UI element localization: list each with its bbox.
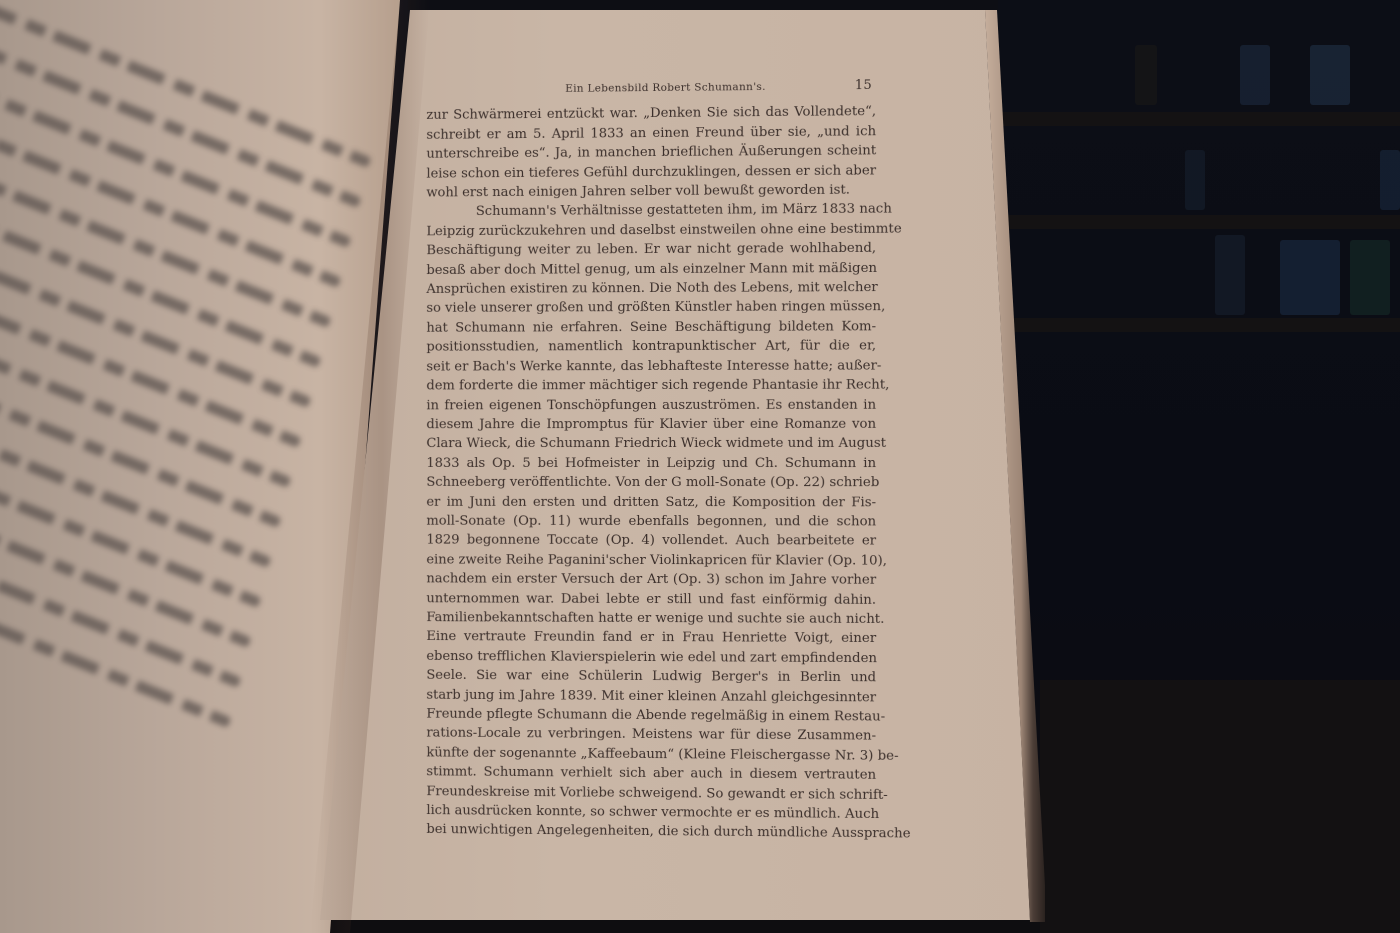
book-spine xyxy=(1280,240,1340,315)
running-head-title: Ein Lebensbild Robert Schumann's. xyxy=(565,78,766,99)
table-surface xyxy=(1040,680,1400,933)
book-cover-top xyxy=(408,0,998,10)
text-line: er im Juni den ersten und dritten Satz, … xyxy=(426,492,876,512)
text-line: hat Schumann nie erfahren. Seine Beschäf… xyxy=(426,317,876,338)
text-line: eine zweite Reihe Paganini'scher Violink… xyxy=(426,550,876,571)
running-head: Ein Lebensbild Robert Schumann's. 15 xyxy=(426,76,876,101)
book-spine xyxy=(1135,45,1157,105)
book-spine xyxy=(1350,240,1390,315)
text-line: Beschäftigung weiter zu leben. Er war ni… xyxy=(426,239,876,261)
text-line: dem forderte die immer mächtiger sich re… xyxy=(426,376,876,396)
shelf xyxy=(1000,318,1400,332)
paragraph-1: zur Schwärmerei entzückt war. „Denken Si… xyxy=(426,102,876,202)
text-line: Leipzig zurückzukehren und daselbst eins… xyxy=(426,219,876,241)
text-line: unternommen war. Dabei lebte er still un… xyxy=(426,589,876,610)
text-line: diesem Jahre die Impromptus für Klavier … xyxy=(426,415,876,435)
right-page-content: Ein Lebensbild Robert Schumann's. 15 zur… xyxy=(426,76,876,844)
book-spine xyxy=(1215,235,1245,315)
text-line: Ansprüchen existiren zu können. Die Noth… xyxy=(426,278,876,299)
left-page-text-blurred xyxy=(0,0,390,720)
text-line: nachdem ein erster Versuch der Art (Op. … xyxy=(426,570,876,591)
text-line: Familienbekanntschaften hatte er wenige … xyxy=(426,608,876,629)
text-line: 1829 begonnene Toccate (Op. 4) vollendet… xyxy=(426,531,876,551)
text-line: seit er Bach's Werke kannte, das lebhaft… xyxy=(426,356,876,376)
book-spine xyxy=(1310,45,1350,105)
book-spine xyxy=(1185,150,1205,210)
shelf xyxy=(1000,112,1400,126)
text-line: Schumann's Verhältnisse gestatteten ihm,… xyxy=(426,200,876,222)
text-line: Seele. Sie war eine Schülerin Ludwig Ber… xyxy=(426,666,876,688)
book-spine xyxy=(1240,45,1270,105)
text-line: besaß aber doch Mittel genug, um als ein… xyxy=(426,259,876,281)
text-line: 1833 als Op. 5 bei Hofmeister in Leipzig… xyxy=(426,454,876,474)
book-spine xyxy=(1380,150,1400,210)
shelf xyxy=(1000,215,1400,229)
text-line: Eine vertraute Freundin fand er in Frau … xyxy=(426,627,876,648)
text-line: in freien eigenen Tonschöpfungen auszust… xyxy=(426,395,876,415)
text-line: ebenso trefflichen Klavierspielerin wie … xyxy=(426,647,876,669)
text-line: positionsstudien, namentlich kontrapunkt… xyxy=(426,337,876,358)
text-line: so viele unserer großen und größten Küns… xyxy=(426,298,876,319)
text-line: moll-Sonate (Op. 11) wurde ebenfalls beg… xyxy=(426,512,876,532)
page-number: 15 xyxy=(855,76,872,96)
paragraph-2: Schumann's Verhältnisse gestatteten ihm,… xyxy=(426,200,876,844)
text-line: Clara Wieck, die Schumann Friedrich Wiec… xyxy=(426,434,876,454)
text-line: Schneeberg veröffentlichte. Von der G mo… xyxy=(426,473,876,493)
